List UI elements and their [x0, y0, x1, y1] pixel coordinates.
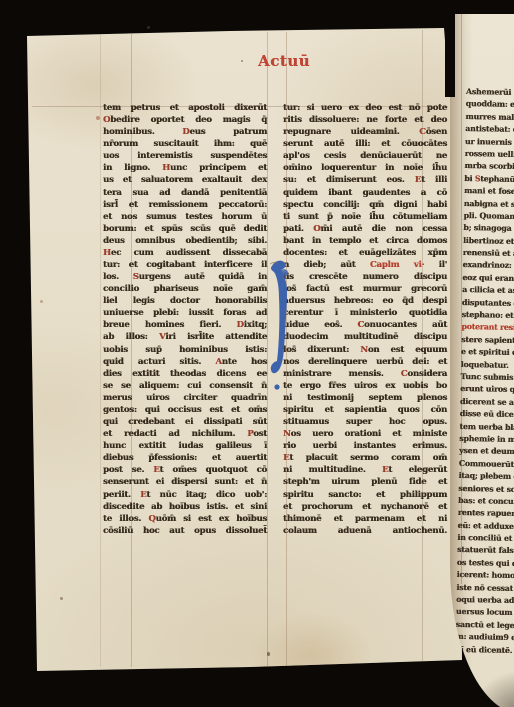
- text-line: tur: si uero ex deo est nō pote: [283, 102, 447, 114]
- text-line: a cilicia et asi: [462, 284, 514, 298]
- text-segment: post se.: [103, 465, 153, 475]
- manuscript-photo: Actuū tem petrus et apostoli dixerūtObed…: [0, 0, 514, 707]
- text-line: itaq; plebem e: [458, 470, 514, 484]
- text-line: periit. Et nūc itaq; dico uob':: [103, 489, 267, 501]
- text-line: steph'm uirum plenū fide et: [283, 476, 447, 488]
- text-segment: in ligno.: [103, 163, 162, 173]
- text-line: tem petrus et apostoli dixerūt: [103, 102, 267, 114]
- text-segment: n dieb; aūt: [283, 260, 370, 270]
- text-segment: unc principem et: [170, 163, 267, 173]
- gutter-shadow: [445, 0, 455, 97]
- text-segment: onuocantes aūt: [364, 320, 447, 330]
- text-line: colaum aduenā antiochenū.: [283, 525, 447, 537]
- text-segment: ec cum audissent dissecabā: [111, 248, 267, 258]
- text-line: repugnare uideamini. Cōsen: [283, 126, 447, 138]
- text-segment: bedire oportet deo magis q̄: [110, 115, 267, 125]
- text-segment: repugnare uideamini.: [283, 127, 419, 137]
- text-line: statuerūt fals: [457, 544, 514, 558]
- text-line: ysen et deum.: [459, 445, 514, 459]
- stain-speck: [96, 116, 100, 120]
- ruling-line: [100, 34, 101, 667]
- text-segment: H: [162, 163, 170, 173]
- rubric-text: poterant resi: [461, 322, 514, 332]
- text-line: apl'os cesis denūciauerūt ne: [283, 150, 447, 162]
- text-line: us et saluatorem exaltauit dex: [103, 174, 267, 186]
- text-segment: uōm̄ si est ex hoībus: [156, 514, 267, 524]
- text-line: antistebat: q: [465, 123, 514, 137]
- running-title: Actuū: [258, 52, 318, 70]
- text-line: dies extitit theodas dicens ee: [103, 368, 267, 380]
- text-line: merus uiros circiter quadrīn: [103, 392, 267, 404]
- text-line: uniuerse plebi: iussit foras ad: [103, 307, 267, 319]
- text-line: duodecim multitudinē discipu: [283, 331, 447, 343]
- text-segment: il': [424, 260, 447, 270]
- text-line: post se. Et om̄es quotquot cō: [103, 464, 267, 476]
- text-line: disse eū dicen: [460, 408, 514, 422]
- stain-speck: [241, 60, 243, 62]
- text-segment: urgens autē quidā in: [139, 272, 267, 282]
- text-line: spiritu sancto: et philippum: [283, 489, 447, 501]
- text-segment: t om̄es quotquot cō: [160, 465, 267, 475]
- text-line: borum: et spūs scūs quē dedit: [103, 223, 267, 235]
- text-segment: tephanū: [480, 174, 514, 184]
- text-line: hunc extitit iudas galileus ī: [103, 440, 267, 452]
- text-line: pati. Om̄i autē die non cessa: [283, 223, 447, 235]
- text-segment: los̄ dixerunt:: [283, 345, 360, 355]
- text-line: nī eū dicentē.: [455, 643, 514, 657]
- text-segment: periit.: [103, 490, 140, 500]
- text-line: isrl̄ et remissionem peccatorū:: [103, 199, 267, 211]
- text-segment: quid acturi sitis.: [103, 357, 215, 367]
- text-segment: su: et dimiserunt eos.: [283, 175, 415, 185]
- text-line: te illos. Quōm̄ si est ex hoībus: [103, 513, 267, 525]
- text-segment: ōsen: [426, 127, 447, 137]
- text-line: tera sua ad dandā penitentiā: [103, 187, 267, 199]
- text-segment: D: [236, 320, 243, 330]
- text-line: serunt autē illi: et cōuocātes: [283, 138, 447, 150]
- text-line: uobis sup̄ hominibus istis:: [103, 344, 267, 356]
- text-line: rio uerbi instantes erimus.: [283, 440, 447, 452]
- text-segment: N: [283, 429, 291, 439]
- text-segment: breue homines fieri.: [103, 320, 236, 330]
- text-line: uersus locum: [456, 606, 514, 620]
- text-segment: Q: [148, 514, 155, 524]
- text-line: docentes: et euāgelizātes xp̄m: [283, 247, 447, 259]
- text-column-left: tem petrus et apostoli dixerūtObedire op…: [103, 102, 267, 537]
- stain-speck: [40, 300, 43, 303]
- text-line: ni multitudine. Et elegerūt: [283, 464, 447, 476]
- text-line: los̄ dixerunt: Non est equum: [283, 344, 447, 356]
- text-line: quoddam: et: [466, 98, 514, 112]
- text-line: cōsiliū hoc aut opus dissoluet̄: [103, 525, 267, 537]
- text-line: tur: et cogitabant interficere il: [103, 259, 267, 271]
- text-line: concilio phariseus noīe gam̄: [103, 283, 267, 295]
- text-segment: pati.: [283, 224, 313, 234]
- text-segment: los.: [103, 272, 133, 282]
- text-line: te ergo fr̄es uiros ex uobis bo: [283, 380, 447, 392]
- text-line: Hec cum audissent dissecabā: [103, 247, 267, 259]
- text-line: spectu concilij: qm̄ digni habi: [283, 199, 447, 211]
- text-line: quid acturi sitis. Ante hos: [103, 356, 267, 368]
- text-segment: C: [419, 127, 426, 137]
- stain-speck: [267, 652, 270, 656]
- text-line: ti sunt p̄ noīe ih̄u cōtumeliam: [283, 211, 447, 223]
- facing-page-text: Ashemerūiquoddam: etmurres maliantisteba…: [455, 86, 514, 657]
- text-line: rentes rapuer: [458, 507, 514, 521]
- text-line: e et spiritui q: [461, 346, 514, 360]
- text-line: deus omnibus obedientib; sibi.: [103, 235, 267, 247]
- text-line: om̄ino loquerentur in noīe ih̄u: [283, 162, 447, 174]
- text-segment: onsidera: [407, 369, 447, 379]
- text-line: su: et dimiserunt eos. Et illi: [283, 174, 447, 186]
- text-segment: ost: [253, 429, 267, 439]
- text-line: qui credebant ei dissipati sūt: [103, 416, 267, 428]
- text-line: m: audiuim9 e: [455, 631, 514, 645]
- text-line: los. Surgens autē quidā in: [103, 271, 267, 283]
- text-segment: ixitq;: [244, 320, 267, 330]
- text-segment: iri isrl̄ite attendite: [165, 332, 267, 342]
- text-line: breue homines fieri. Dixitq;: [103, 319, 267, 331]
- text-line: et prochorum et nychanorē et: [283, 501, 447, 513]
- text-column-right: tur: si uero ex deo est nō poteritis dis…: [283, 102, 447, 537]
- text-segment: C: [357, 320, 364, 330]
- text-segment: ab illos:: [103, 332, 159, 342]
- text-line: spiritu et sapientia quos cōn: [283, 404, 447, 416]
- text-segment: H: [103, 248, 111, 258]
- text-segment: eus patrum: [189, 127, 267, 137]
- text-line: bant in templo et circa domos: [283, 235, 447, 247]
- text-segment: nte hos: [222, 357, 267, 367]
- text-line: quidem ibant gaudentes a cō: [283, 187, 447, 199]
- text-segment: uidue eos̄.: [283, 320, 357, 330]
- text-line: ministrare mensis. Considera: [283, 368, 447, 380]
- text-line: mrba scorbit: [464, 160, 514, 174]
- text-segment: os uero orationi et ministe: [291, 429, 447, 439]
- text-segment: t elegerūt: [388, 465, 447, 475]
- text-line: Et placuit sermo coram om̄: [283, 452, 447, 464]
- text-line: cerentur ī ministerio quotidia: [283, 307, 447, 319]
- text-line: stituamus super hoc opus.: [283, 416, 447, 428]
- rubric-text: Caplm vi·: [370, 260, 424, 270]
- text-segment: t placuit sermo coram om̄: [289, 453, 447, 463]
- text-line: ni testimonij septem plenos: [283, 392, 447, 404]
- text-line: ritis dissoluere: ne forte et deo: [283, 114, 447, 126]
- text-segment: bi: [464, 174, 475, 183]
- text-segment: te illos.: [103, 514, 148, 524]
- text-line: poterant resi: [461, 321, 514, 335]
- text-line: erunt uiros q: [460, 383, 514, 397]
- text-line: Nos uero orationi et ministe: [283, 428, 447, 440]
- text-line: mani et fosep: [464, 185, 514, 199]
- text-line: et redacti ad nichilum. Post: [103, 428, 267, 440]
- text-line: discedite ab hoībus istis. et sini: [103, 501, 267, 513]
- text-line: lis crescēte numero discipu: [283, 271, 447, 283]
- text-line: diebus p̄fessionis: et auertit: [103, 452, 267, 464]
- text-segment: t illi: [421, 175, 447, 185]
- text-segment: N: [360, 345, 368, 355]
- text-segment: ni multitudine.: [283, 465, 382, 475]
- text-segment: ministrare mensis.: [283, 369, 401, 379]
- text-segment: on est equum: [368, 345, 447, 355]
- text-line: in ligno. Hunc principem et: [103, 162, 267, 174]
- text-line: uos interemistis suspendētes: [103, 150, 267, 162]
- illuminated-initial-I: [266, 258, 290, 394]
- text-line: ab illos: Viri isrl̄ite attendite: [103, 331, 267, 343]
- text-line: gentos: qui occisus est et om̄s: [103, 404, 267, 416]
- stain-speck: [60, 597, 63, 600]
- text-line: se se aliquem: cui consensit n̄: [103, 380, 267, 392]
- text-line: liel legis doctor honorabilis: [103, 295, 267, 307]
- text-line: nos derelinquere uerbū dei: et: [283, 356, 447, 368]
- text-line: Obedire oportet deo magis q̄: [103, 114, 267, 126]
- text-line: icerent: homo: [456, 569, 514, 583]
- stain-speck: [147, 26, 150, 29]
- text-line: exandrinoz: e: [462, 259, 514, 273]
- text-segment: et redacti ad nichilum.: [103, 429, 247, 439]
- text-line: aduersus hebreos: eo q̄d despi: [283, 295, 447, 307]
- text-line: nr̄orum suscitauit ihm: quē: [103, 138, 267, 150]
- text-line: hominibus. Deus patrum: [103, 126, 267, 138]
- text-line: uidue eos̄. Conuocantes aūt: [283, 319, 447, 331]
- text-segment: m̄i autē die non cessa: [320, 224, 447, 234]
- text-segment: t nūc itaq; dico uob':: [146, 490, 267, 500]
- text-line: n dieb; aūt Caplm vi· il': [283, 259, 447, 271]
- text-line: b; sinagoga q: [463, 222, 514, 236]
- text-line: los̄ factū est murmur grecorū: [283, 283, 447, 295]
- text-line: et nos sumus testes horum ū: [103, 211, 267, 223]
- text-line: thimonē et parmenam et ni: [283, 513, 447, 525]
- text-segment: hominibus.: [103, 127, 182, 137]
- text-line: senserunt ei dispersi sunt: et n̄: [103, 476, 267, 488]
- facing-page-edge: Ashemerūiquoddam: etmurres maliantisteba…: [450, 14, 514, 707]
